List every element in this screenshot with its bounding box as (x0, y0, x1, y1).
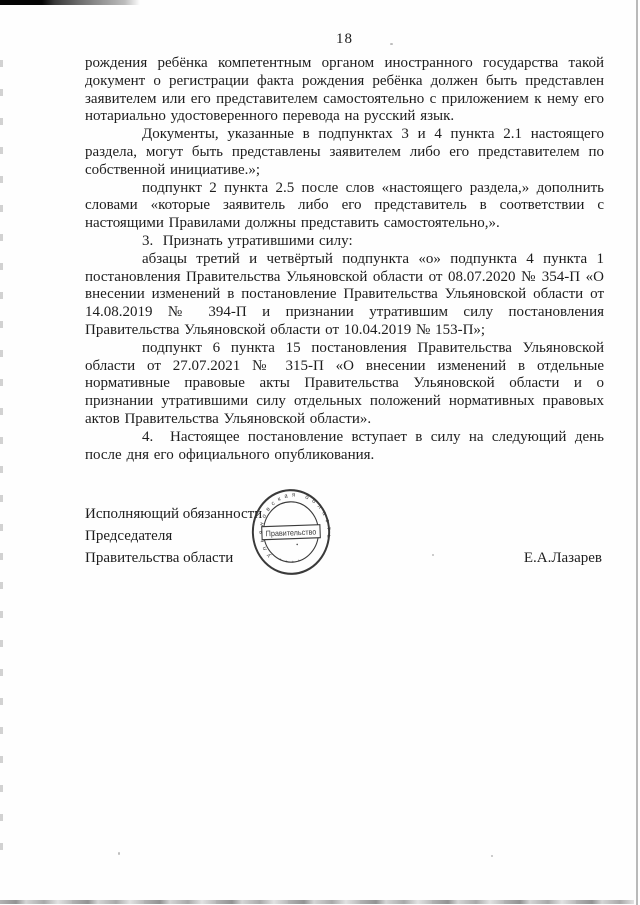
signature-title-line-1: Исполняющий обязанности (85, 503, 604, 525)
seal-stars: * * * * (278, 557, 303, 567)
paragraph-subitem-2: подпункт 2 пункта 2.5 после слов «настоя… (85, 180, 604, 233)
paragraph-continuation: рождения ребёнка компетентным органом ин… (85, 55, 604, 126)
scan-speck (118, 852, 120, 855)
scanned-document-page: 18 рождения ребёнка компетентным органом… (0, 0, 640, 905)
scan-speck (491, 855, 493, 857)
paragraph-abzacy: абзацы третий и четвёртый подпункта «о» … (85, 251, 604, 340)
signatory-name: Е.А.Лазарев (524, 547, 602, 569)
paragraph-item-3: 3. Признать утратившими силу: (85, 233, 604, 251)
seal-ink-dot (296, 544, 298, 546)
scan-artifact-right-edge (636, 0, 638, 905)
seal-center-text: Правительство (266, 527, 317, 538)
signature-block: Исполняющий обязанности Председателя Пра… (85, 503, 604, 569)
government-seal-icon: ульяновская область * * * * Правительств… (248, 486, 333, 579)
scan-artifact-left-edge (0, 60, 3, 865)
signature-title-line-2: Председателя (85, 525, 604, 547)
scan-artifact-bottom-edge (0, 900, 634, 904)
paragraph-subitem-6: подпункт 6 пункта 15 постановления Прави… (85, 340, 604, 429)
scan-artifact-top-strip (0, 0, 140, 5)
document-body: 18 рождения ребёнка компетентным органом… (85, 30, 604, 464)
page-number: 18 (85, 30, 604, 48)
paragraph-documents: Документы, указанные в подпунктах 3 и 4 … (85, 126, 604, 179)
paragraph-item-4: 4. Настоящее постановление вступает в си… (85, 429, 604, 465)
